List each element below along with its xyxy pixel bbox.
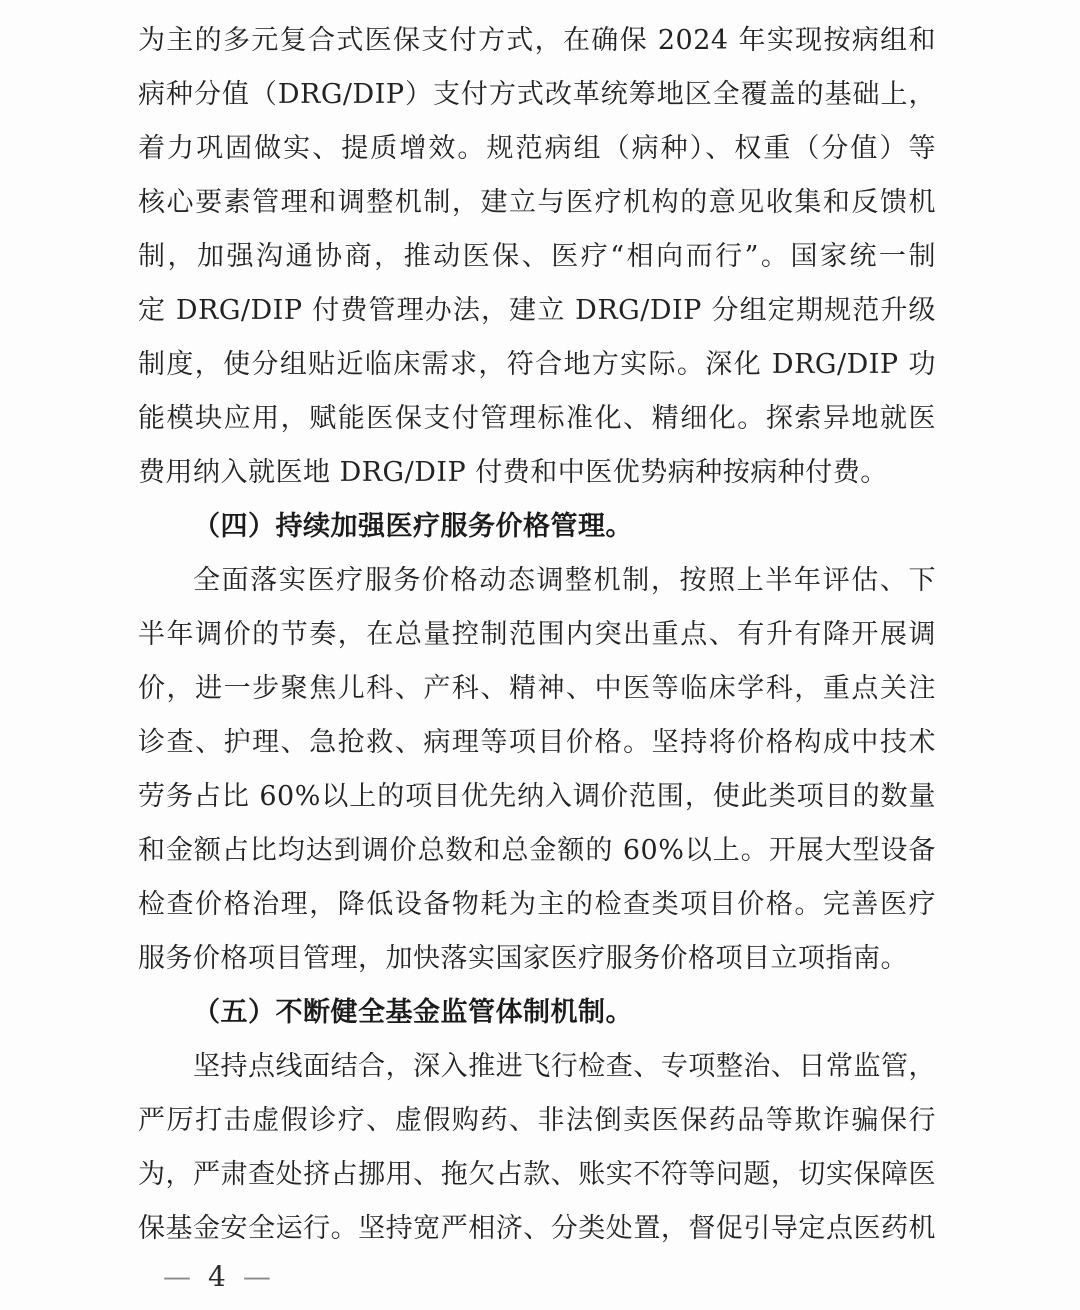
- text-line: 价，进一步聚焦儿科、产科、精神、中医等临床学科，重点关注: [138, 662, 936, 716]
- text-line: 和金额占比均达到调价总数和总金额的 60%以上。开展大型设备: [138, 824, 936, 878]
- text-line: 为主的多元复合式医保支付方式，在确保 2024 年实现按病组和: [138, 14, 936, 68]
- footer-dash-right: —: [243, 1263, 271, 1291]
- text-line: 严厉打击虚假诊疗、虚假购药、非法倒卖医保药品等欺诈骗保行: [138, 1094, 936, 1148]
- text-line: 坚持点线面结合，深入推进飞行检查、专项整治、日常监管，: [138, 1040, 936, 1094]
- document-body: 为主的多元复合式医保支付方式，在确保 2024 年实现按病组和病种分值（DRG/…: [138, 14, 936, 1256]
- text-line: 核心要素管理和调整机制，建立与医疗机构的意见收集和反馈机: [138, 176, 936, 230]
- text-line: 为，严肃查处挤占挪用、拖欠占款、账实不符等问题，切实保障医: [138, 1148, 936, 1202]
- text-line: 全面落实医疗服务价格动态调整机制，按照上半年评估、下: [138, 554, 936, 608]
- section-heading: （四）持续加强医疗服务价格管理。: [138, 500, 936, 554]
- text-line: 病种分值（DRG/DIP）支付方式改革统筹地区全覆盖的基础上，: [138, 68, 936, 122]
- text-line: 定 DRG/DIP 付费管理办法，建立 DRG/DIP 分组定期规范升级: [138, 284, 936, 338]
- text-line: 保基金安全运行。坚持宽严相济、分类处置，督促引导定点医药机: [138, 1202, 936, 1256]
- text-line: 能模块应用，赋能医保支付管理标准化、精细化。探索异地就医: [138, 392, 936, 446]
- text-line: 半年调价的节奏，在总量控制范围内突出重点、有升有降开展调: [138, 608, 936, 662]
- text-line: 制度，使分组贴近临床需求，符合地方实际。深化 DRG/DIP 功: [138, 338, 936, 392]
- text-line: 制，加强沟通协商，推动医保、医疗“相向而行”。国家统一制: [138, 230, 936, 284]
- text-line: 费用纳入就医地 DRG/DIP 付费和中医优势病种按病种付费。: [138, 446, 936, 500]
- page-footer: — 4 —: [163, 1256, 271, 1298]
- text-line: 诊查、护理、急抢救、病理等项目价格。坚持将价格构成中技术: [138, 716, 936, 770]
- text-line: 检查价格治理，降低设备物耗为主的检查类项目价格。完善医疗: [138, 878, 936, 932]
- footer-dash-left: —: [163, 1263, 191, 1291]
- text-line: 着力巩固做实、提质增效。规范病组（病种）、权重（分值）等: [138, 122, 936, 176]
- text-line: 劳务占比 60%以上的项目优先纳入调价范围，使此类项目的数量: [138, 770, 936, 824]
- page-number: 4: [208, 1263, 226, 1291]
- section-heading: （五）不断健全基金监管体制机制。: [138, 986, 936, 1040]
- text-line: 服务价格项目管理，加快落实国家医疗服务价格项目立项指南。: [138, 932, 936, 986]
